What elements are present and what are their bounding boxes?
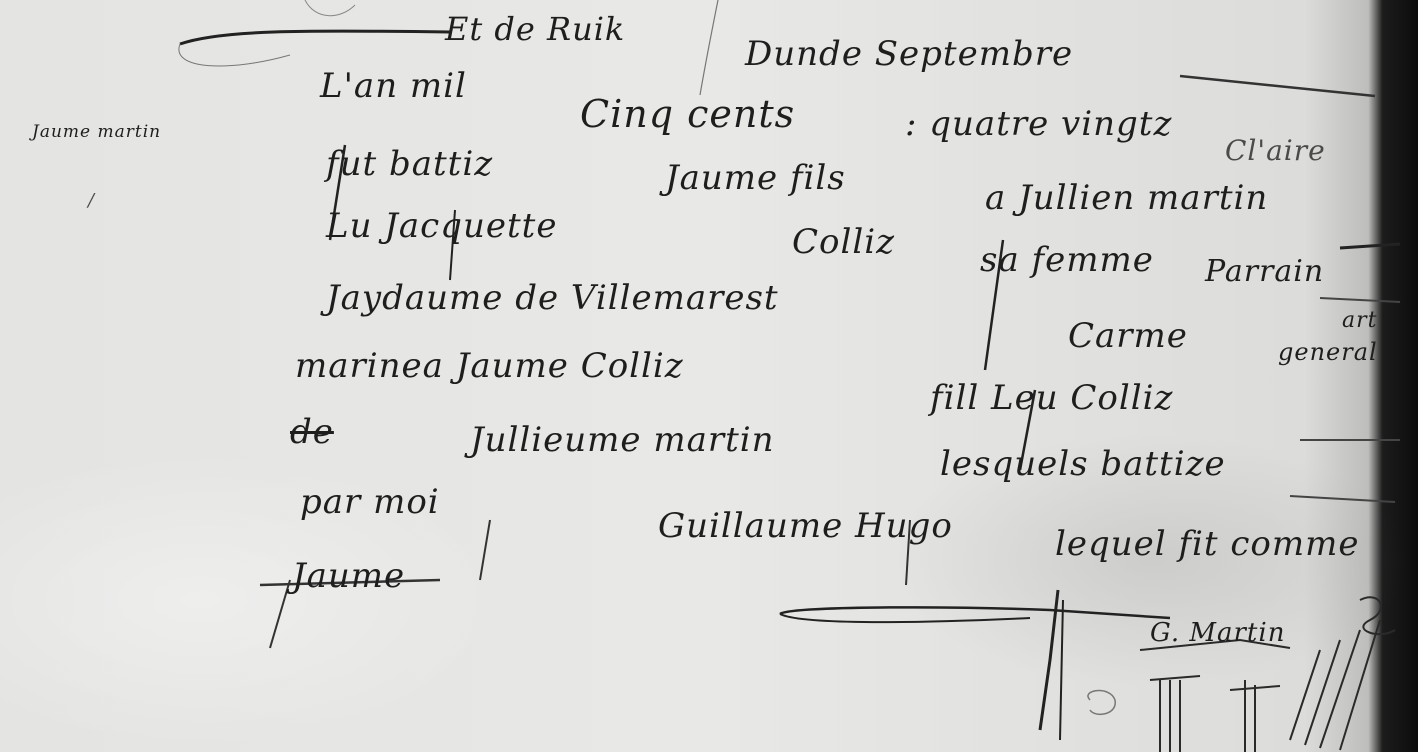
entry-line: Jullieume martin: [470, 420, 775, 460]
entry-line: art: [1342, 308, 1377, 333]
entry-line: sa femme: [980, 240, 1154, 280]
signature: G. Martin: [1150, 618, 1285, 648]
entry-line: Carme: [1068, 316, 1188, 356]
entry-line: fut battiz: [326, 144, 493, 184]
register-page: Jaume martin / Et de Ruik Dunde Septembr…: [0, 0, 1418, 752]
entry-line: Dunde Septembre: [745, 34, 1073, 74]
entry-line: Et de Ruik: [445, 10, 625, 48]
entry-line: Guillaume Hugo: [658, 506, 953, 546]
entry-line: Jaume fils: [665, 158, 846, 198]
entry-line: Cinq cents: [580, 92, 795, 136]
entry-line: lesquels battize: [940, 444, 1226, 484]
entry-line: Colliz: [792, 222, 895, 262]
entry-line: Jaume: [292, 556, 405, 596]
entry-line: Jaydaume de Villemarest: [326, 278, 779, 318]
entry-line: fill Leu Colliz: [930, 378, 1173, 418]
entry-line: : quatre vingtz: [905, 104, 1172, 144]
entry-line: Lu Jacquette: [326, 206, 557, 246]
entry-line: de: [290, 412, 334, 452]
entry-line: marinea Jaume Colliz: [295, 346, 684, 386]
margin-tick-mark: /: [88, 190, 95, 211]
entry-line: Cl'aire: [1225, 134, 1326, 167]
entry-line: par moi: [300, 482, 440, 522]
entry-line: lequel fit comme: [1055, 524, 1360, 564]
entry-line: a Jullien martin: [985, 178, 1268, 218]
entry-line: L'an mil: [320, 66, 467, 106]
entry-line: general: [1278, 338, 1378, 366]
margin-note: Jaume martin: [32, 122, 161, 142]
entry-line: Parrain: [1205, 254, 1324, 289]
